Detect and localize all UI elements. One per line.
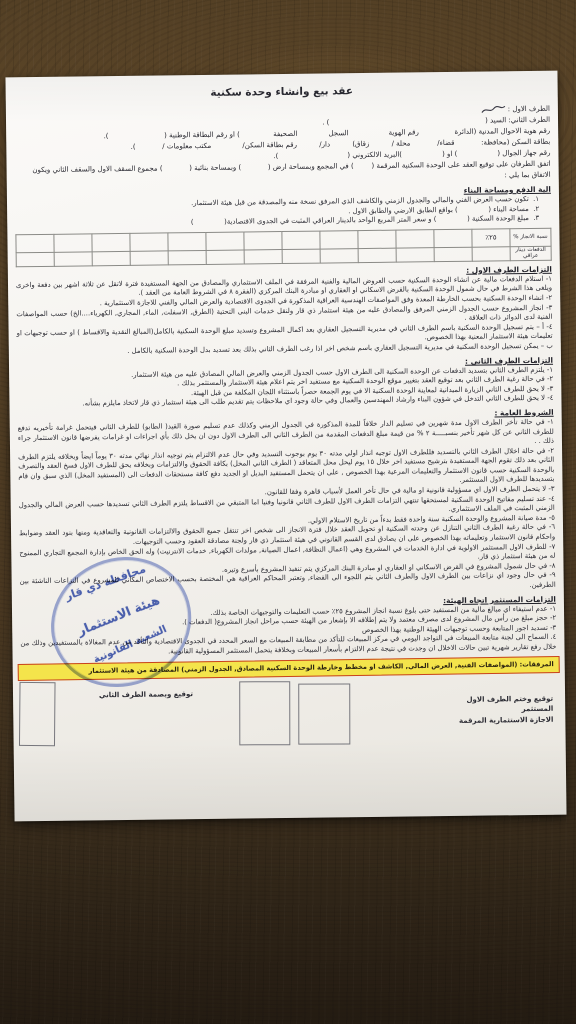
section-items: ١- عدم استيفاء اي مبالغ مالية من المستفي… <box>20 604 557 659</box>
contract-clause: ٢- في حالة اخلال الطرف الثاني بالتسديد ف… <box>18 446 554 491</box>
table-cell <box>54 252 92 266</box>
table-cell <box>130 251 168 265</box>
signature-area: توقيع وختم الطرف الاول المستثمر الاجازة … <box>21 675 558 800</box>
section-items: ١. تكون حسب العرض الفني والمالي والجدول … <box>15 195 551 230</box>
table-cell <box>396 229 434 247</box>
table-cell <box>92 233 130 251</box>
table-cell <box>54 234 92 252</box>
section-second-party-obligations: التزامات الطرف الثاني : ١- يلتزم الطرف ا… <box>17 354 554 410</box>
table-row-label: الدفعات دينار عراقي <box>510 246 551 260</box>
section-items: ١- استلام الدفعات مالية عن انشاء الوحدة … <box>16 275 553 358</box>
table-cell <box>168 232 206 250</box>
section-payment-mechanism: الية الدفع ومساحة البناء ١. تكون حسب الع… <box>15 184 551 230</box>
table-row-label: نسبة الانجاز % <box>510 228 551 246</box>
handwritten-mark <box>480 104 506 114</box>
table-cell <box>206 250 244 264</box>
table-cell <box>244 249 282 263</box>
table-cell <box>16 234 54 252</box>
first-party-label: الطرف الاول : <box>508 105 550 114</box>
table-cell <box>434 229 472 247</box>
progress-table-body: نسبة الانجاز %٢٥٪الدفعات دينار عراقي <box>16 228 551 267</box>
contract-paper: عقد بيع وانشاء وحدة سكنية الطرف الاول : … <box>5 71 566 822</box>
contract-title: عقد بيع وانشاء وحدة سكنية <box>14 83 550 102</box>
table-cell <box>358 248 396 262</box>
table-cell <box>472 247 510 261</box>
table-cell: ٢٥٪ <box>472 229 510 247</box>
table-cell <box>358 230 396 248</box>
table-cell <box>130 233 168 251</box>
section-general-conditions: الشروط العامة : ١- في حالة تأخر الطرف ال… <box>18 407 556 597</box>
table-cell <box>282 249 320 263</box>
table-cell <box>282 231 320 249</box>
section-items: ١- في حالة تأخر الطرف الاول مدة شهرين في… <box>18 418 556 597</box>
fingerprint-box <box>19 681 56 745</box>
stamp-box <box>298 683 350 744</box>
first-party-signature-block: توقيع وختم الطرف الاول المستثمر الاجازة … <box>459 693 554 726</box>
table-cell <box>92 251 130 265</box>
table-cell <box>244 231 282 249</box>
section-items: ١- يلتزم الطرف الثاني بتسديد الدفعات عن … <box>17 365 553 410</box>
section-investor-obligations: التزامات المستثمر اتجاه الهيئة: ١- عدم ا… <box>20 593 557 659</box>
table-cell <box>206 232 244 250</box>
table-cell <box>396 247 434 261</box>
table-cell <box>168 250 206 264</box>
first-party-license-label: الاجازة الاستثمارية المرقمة <box>459 714 553 726</box>
table-cell <box>434 247 472 261</box>
completion-payments-table: نسبة الانجاز %٢٥٪الدفعات دينار عراقي <box>15 228 551 268</box>
first-party-role-label: المستثمر <box>459 704 553 716</box>
section-first-party-obligations: التزامات الطرف الاول : ١- استلام الدفعات… <box>16 264 553 358</box>
stamp-box <box>239 681 290 745</box>
table-cell <box>16 252 54 266</box>
table-cell <box>320 248 358 262</box>
table-cell <box>320 230 358 248</box>
second-party-signature-label: توقيع وبصمة الطرف الثاني <box>99 690 193 699</box>
